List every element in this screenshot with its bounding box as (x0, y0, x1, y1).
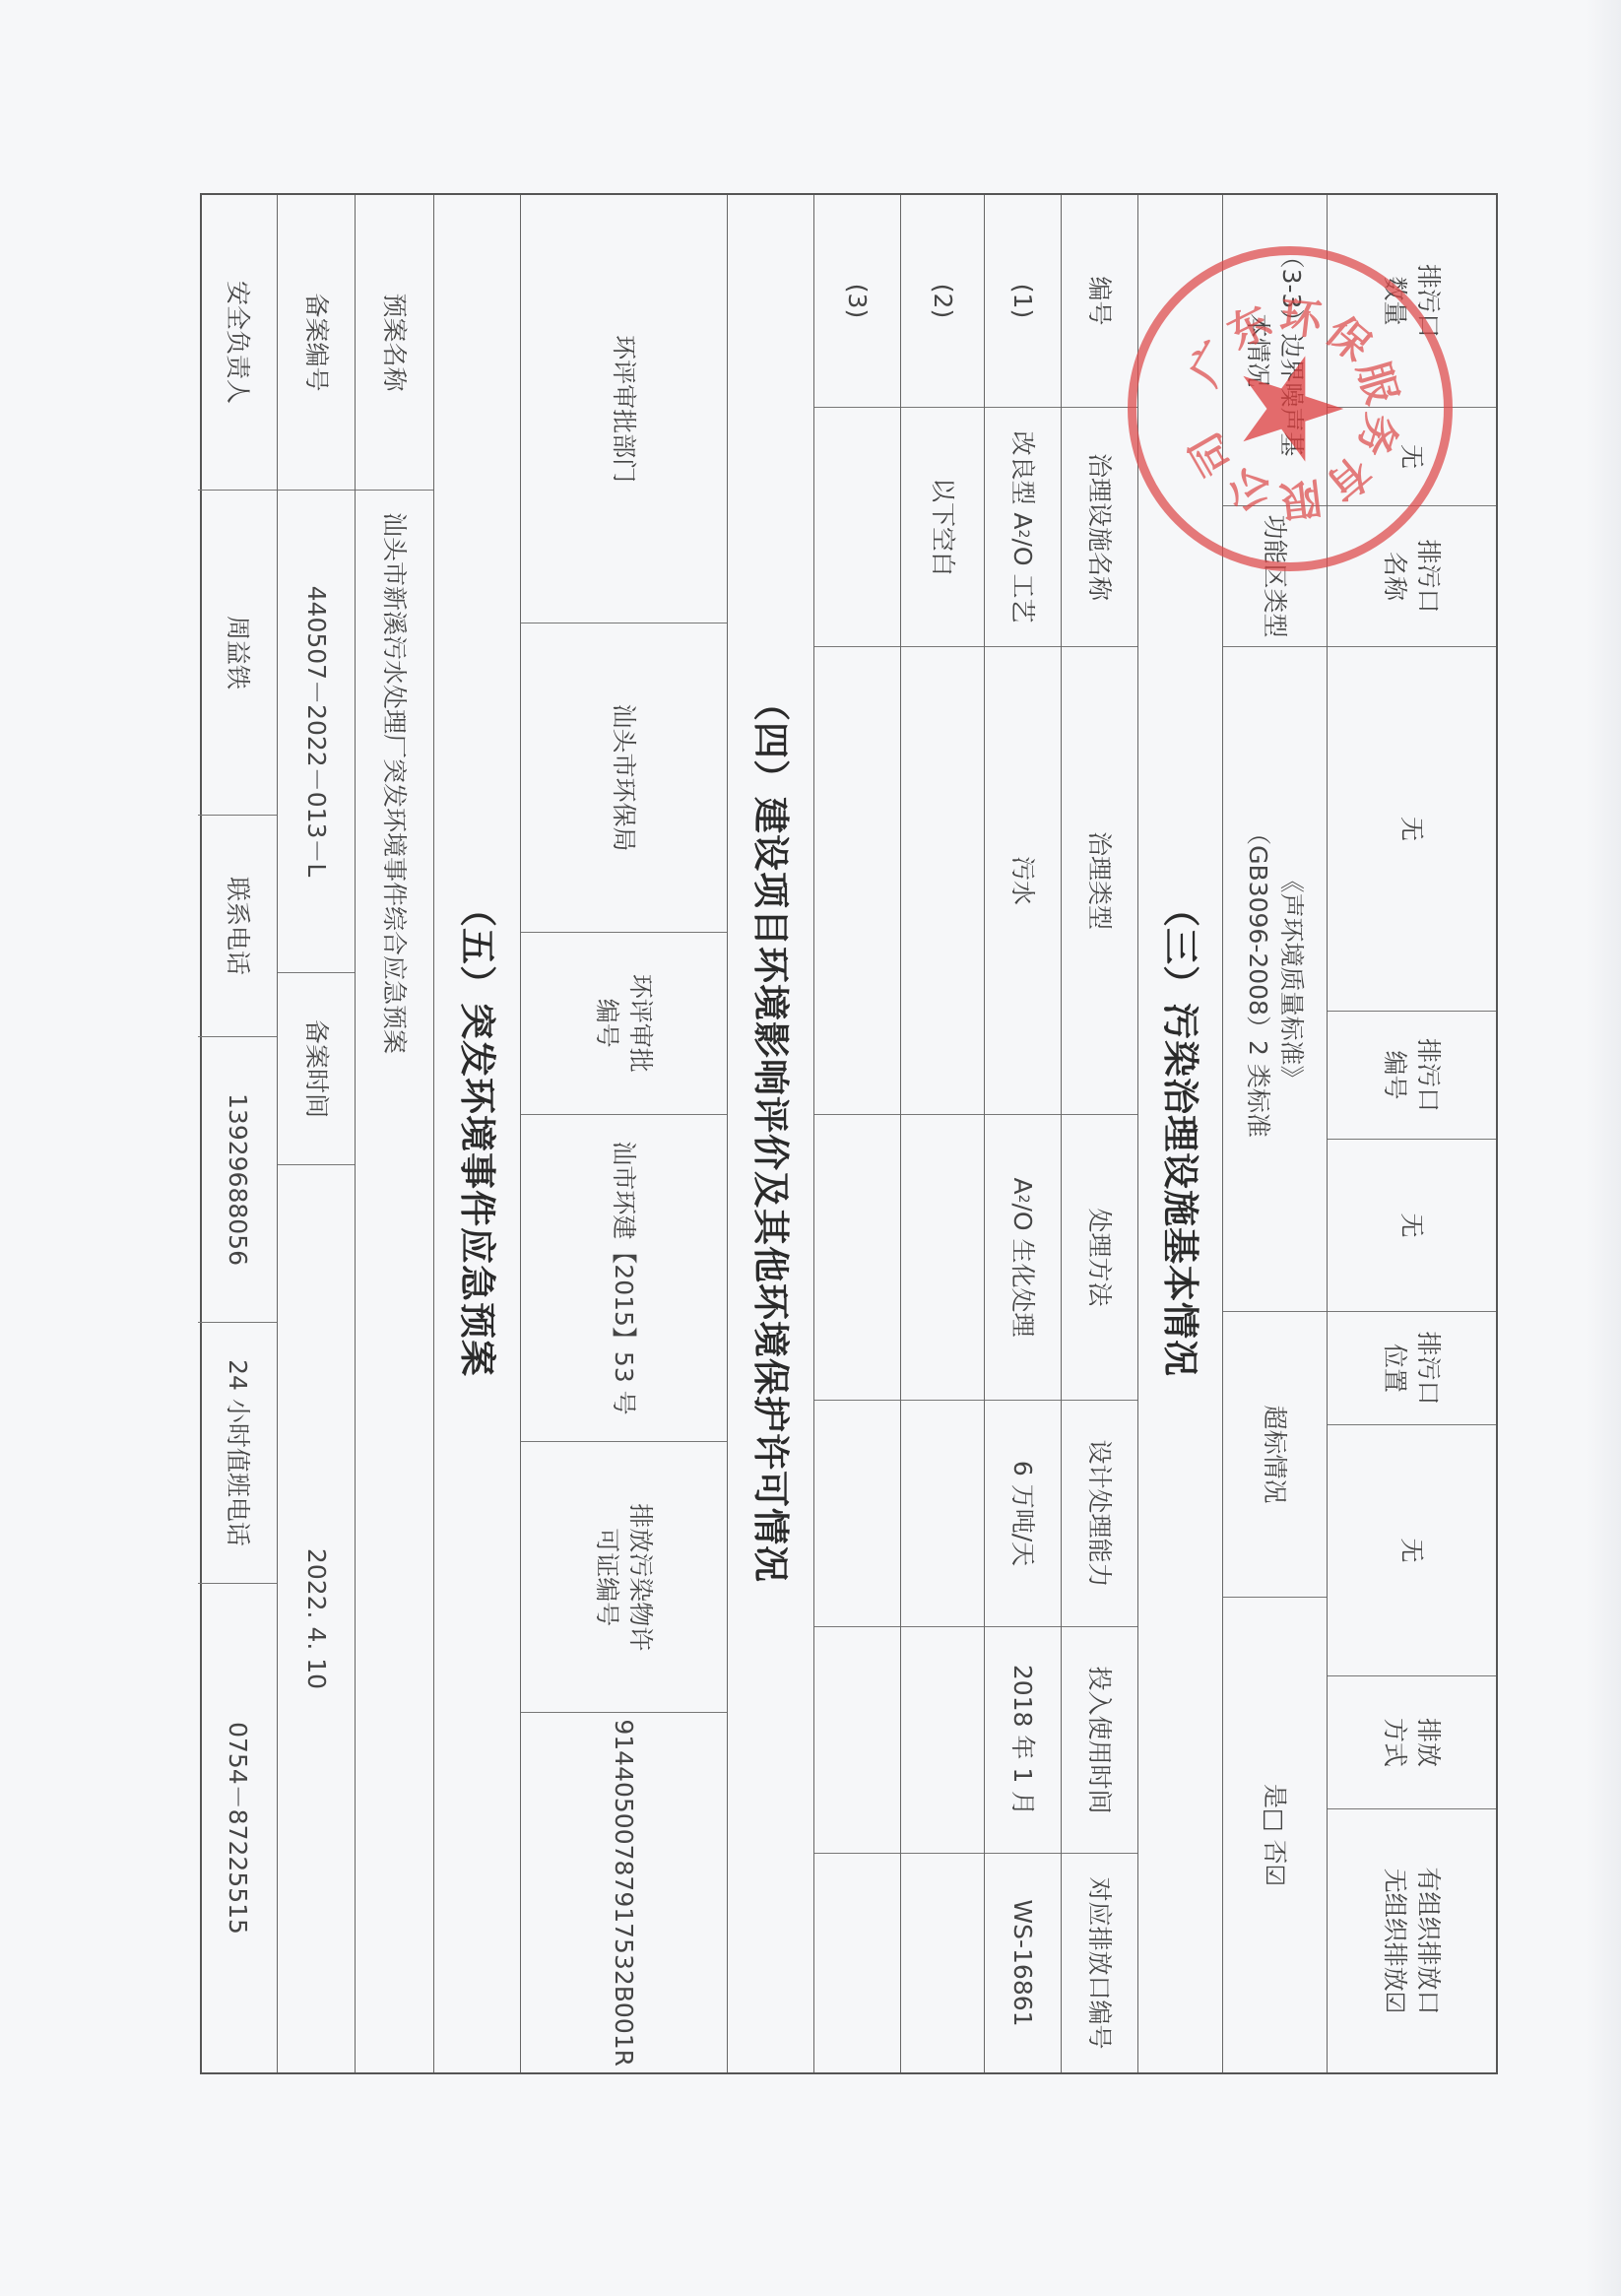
phone-value: 13929688056 (198, 1037, 277, 1323)
table-row-contact: 安全负责人 周益铁 联系电话 13929688056 24 小时值班电话 075… (198, 195, 277, 2072)
section5-title: （五）突发环境事件应急预案 (434, 195, 520, 2072)
table-row-approval: 环评审批部门 汕头市环保局 环评审批 编号 汕市环建【2015】53 号 排放污… (520, 195, 727, 2072)
safety-person-value: 周益铁 (198, 491, 277, 816)
row1-start-date: 2018 年 1 月 (985, 1627, 1061, 1854)
plan-name-value: 汕头市新溪污水处理厂突发环境事件综合应急预案 (356, 491, 433, 2072)
exceed-value: 是□ 否☑ (1223, 1598, 1327, 2072)
record-no-value: 440507－2022－013－L (278, 491, 355, 973)
section4-title-row: （四）建设项目环境影响评价及其他环境保护许可情况 (727, 195, 813, 2072)
row3-method (814, 1115, 900, 1401)
row2-start-date (901, 1627, 984, 1854)
header-start-date: 投入使用时间 (1062, 1627, 1137, 1854)
exceed-label: 超标情况 (1223, 1312, 1327, 1598)
header-treatment-type: 治理类型 (1062, 647, 1137, 1115)
header-capacity: 设计处理能力 (1062, 1401, 1137, 1627)
section5-title-row: （五）突发环境事件应急预案 (433, 195, 520, 2072)
table-row-plan: 预案名称 汕头市新溪污水处理厂突发环境事件综合应急预案 (355, 195, 433, 2072)
record-no-label: 备案编号 (278, 195, 355, 491)
approval-dept-label: 环评审批部门 (521, 195, 727, 623)
plan-name-label: 预案名称 (356, 195, 433, 491)
row3-no: (3) (814, 195, 900, 408)
outlet-name-label: 排污口 名称 (1328, 506, 1496, 647)
row1-facility-name: 改良型 A2/O 工艺 (985, 408, 1061, 647)
row2-no: (2) (901, 195, 984, 408)
outlet-count-label: 排污口 数量 (1328, 195, 1496, 408)
table-row: (3) (813, 195, 900, 2072)
row1-treatment-type: 污水 (985, 647, 1061, 1115)
approval-dept-value: 汕头市环保局 (521, 623, 727, 932)
header-facility-name: 治理设施名称 (1062, 408, 1137, 647)
row2-capacity (901, 1401, 984, 1627)
approval-no-value: 汕市环建【2015】53 号 (521, 1115, 727, 1442)
section3-title: （三）污染治理设施基本情况 (1138, 195, 1222, 2072)
rotated-page: 排污口 数量 无 排污口 名称 无 排污口 编号 无 排污口 位置 无 排放 方… (200, 193, 1498, 2074)
row1-method: A2/O 生化处理 (985, 1115, 1061, 1401)
permit-no-label: 排放污染物许 可证编号 (521, 1442, 727, 1713)
approval-no-label: 环评审批 编号 (521, 933, 727, 1115)
table-row: (2) 以下空白 (900, 195, 984, 2072)
noise-section-label: （3-3）边界噪声基 本情况 (1223, 195, 1327, 506)
discharge-mode-label: 排放 方式 (1328, 1676, 1496, 1809)
record-time-value: 2022. 4. 10 (278, 1165, 355, 2072)
scan-edge (1586, 0, 1621, 2296)
outlet-no-value: 无 (1328, 1140, 1496, 1312)
table-row-record: 备案编号 440507－2022－013－L 备案时间 2022. 4. 10 (277, 195, 355, 2072)
table-row-outlet: 排污口 数量 无 排污口 名称 无 排污口 编号 无 排污口 位置 无 排放 方… (1327, 195, 1496, 2072)
row3-capacity (814, 1401, 900, 1627)
row3-start-date (814, 1627, 900, 1854)
row3-treatment-type (814, 647, 900, 1115)
hotline-label: 24 小时值班电话 (198, 1323, 277, 1584)
outlet-no-label: 排污口 编号 (1328, 1012, 1496, 1140)
row3-outlet-no (814, 1854, 900, 2072)
row1-no: (1) (985, 195, 1061, 408)
table-row: (1) 改良型 A2/O 工艺 污水 A2/O 生化处理 6 万吨/天 2018… (984, 195, 1061, 2072)
hotline-value: 0754－87225515 (198, 1584, 277, 2072)
header-outlet-no: 对应排放口编号 (1062, 1854, 1137, 2072)
phone-label: 联系电话 (198, 816, 277, 1037)
zone-type-value: 《声环境质量标准》 （GB3096-2008）2 类标准 (1223, 647, 1327, 1312)
table-row-noise: （3-3）边界噪声基 本情况 功能区类型 《声环境质量标准》 （GB3096-2… (1222, 195, 1327, 2072)
outlet-position-label: 排污口 位置 (1328, 1312, 1496, 1425)
section4-title: （四）建设项目环境影响评价及其他环境保护许可情况 (728, 195, 813, 2072)
section3-title-row: （三）污染治理设施基本情况 (1137, 195, 1222, 2072)
row1-outlet-no: WS-16861 (985, 1854, 1061, 2072)
permit-no-value: 91440500787917532B001R (521, 1713, 727, 2072)
outlet-position-value: 无 (1328, 1425, 1496, 1676)
record-time-label: 备案时间 (278, 973, 355, 1165)
info-table: 排污口 数量 无 排污口 名称 无 排污口 编号 无 排污口 位置 无 排放 方… (200, 193, 1498, 2074)
row1-capacity: 6 万吨/天 (985, 1401, 1061, 1627)
safety-person-label: 安全负责人 (198, 195, 277, 491)
row3-facility-name (814, 408, 900, 647)
row2-facility-name: 以下空白 (901, 408, 984, 647)
section3-header-row: 编号 治理设施名称 治理类型 处理方法 设计处理能力 投入使用时间 对应排放口编… (1061, 195, 1137, 2072)
discharge-mode-options: 有组织排放口 无组织排放☑ (1328, 1809, 1496, 2072)
row2-outlet-no (901, 1854, 984, 2072)
row2-method (901, 1115, 984, 1401)
outlet-name-value: 无 (1328, 647, 1496, 1012)
row2-treatment-type (901, 647, 984, 1115)
header-method: 处理方法 (1062, 1115, 1137, 1401)
header-no: 编号 (1062, 195, 1137, 408)
outlet-count-value: 无 (1328, 408, 1496, 506)
zone-type-label: 功能区类型 (1223, 506, 1327, 647)
